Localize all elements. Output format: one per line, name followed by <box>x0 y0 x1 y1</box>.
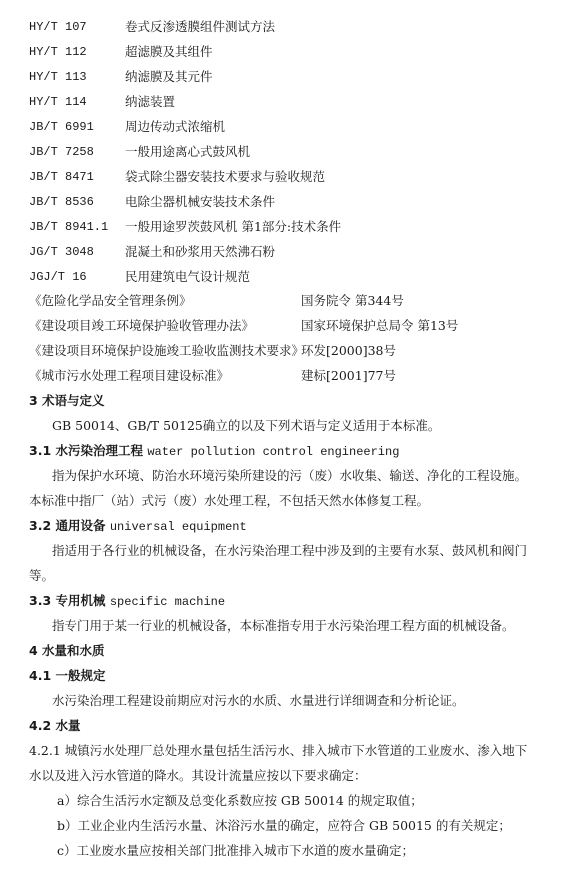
standard-title: 纳滤膜及其元件 <box>125 69 213 85</box>
regulation-title: 《建设项目环境保护设施竣工验收监测技术要求》 <box>29 343 304 359</box>
standard-code: HY/T 114 <box>29 94 87 110</box>
paragraph: 指适用于各行业的机械设备，在水污染治理工程中涉及到的主要有水泵、鼓风机和阀门 <box>52 543 527 559</box>
standard-title: 周边传动式浓缩机 <box>125 119 225 135</box>
standard-title: 超滤膜及其组件 <box>125 44 213 60</box>
section-heading: 4 水量和水质 <box>29 643 105 659</box>
paragraph: GB 50014、GB/T 50125确立的以及下列术语与定义适用于本标准。 <box>52 418 440 434</box>
paragraph: 指为保护水环境、防治水环境污染所建设的污（废）水收集、输送、净化的工程设施。 <box>52 468 527 484</box>
standard-title: 混凝土和砂浆用天然沸石粉 <box>125 244 275 260</box>
standard-code: JB/T 8941.1 <box>29 219 108 235</box>
subsection-heading: 3.3 专用机械 specific machine <box>29 593 225 610</box>
regulation-number: 建标[2001]77号 <box>301 368 396 384</box>
regulation-title: 《建设项目竣工环境保护验收管理办法》 <box>29 318 254 334</box>
subsection-title: 3.1 水污染治理工程 <box>29 443 143 458</box>
regulation-number: 国家环境保护总局令 第13号 <box>301 318 458 334</box>
subsection-heading: 4.1 一般规定 <box>29 668 106 684</box>
section-heading: 3 术语与定义 <box>29 393 105 409</box>
subsection-title-en: water pollution control engineering <box>147 445 399 459</box>
standard-code: JB/T 8471 <box>29 169 94 185</box>
subsection-title-en: specific machine <box>110 595 225 609</box>
standard-code: JB/T 7258 <box>29 144 94 160</box>
subsection-heading: 4.2 水量 <box>29 718 81 734</box>
regulation-title: 《城市污水处理工程项目建设标准》 <box>29 368 229 384</box>
subsection-title-en: universal equipment <box>110 520 247 534</box>
standard-code: HY/T 112 <box>29 44 87 60</box>
list-item: c）工业废水量应按相关部门批准排入城市下水道的废水量确定； <box>57 843 414 859</box>
subsection-title: 3.2 通用设备 <box>29 518 106 533</box>
standard-title: 卷式反渗透膜组件测试方法 <box>125 19 275 35</box>
subsection-heading: 3.2 通用设备 universal equipment <box>29 518 247 535</box>
standard-code: HY/T 107 <box>29 19 87 35</box>
paragraph: 等。 <box>29 568 54 584</box>
standard-code: JB/T 8536 <box>29 194 94 210</box>
list-item: b）工业企业内生活污水量、沐浴污水量的确定，应符合 GB 50015 的有关规定… <box>57 818 511 834</box>
standard-code: JB/T 6991 <box>29 119 94 135</box>
standard-code: JG/T 3048 <box>29 244 94 260</box>
regulation-number: 环发[2000]38号 <box>301 343 396 359</box>
standard-title: 一般用途罗茨鼓风机 第1部分:技术条件 <box>125 219 341 235</box>
standard-code: JGJ/T 16 <box>29 269 87 285</box>
standard-title: 一般用途离心式鼓风机 <box>125 144 250 160</box>
standard-title: 纳滤装置 <box>125 94 175 110</box>
regulation-title: 《危险化学品安全管理条例》 <box>29 293 192 309</box>
standard-title: 电除尘器机械安装技术条件 <box>125 194 275 210</box>
paragraph: 指专门用于某一行业的机械设备，本标准指专用于水污染治理工程方面的机械设备。 <box>52 618 515 634</box>
subsection-title: 3.3 专用机械 <box>29 593 106 608</box>
regulation-number: 国务院令 第344号 <box>301 293 404 309</box>
paragraph: 本标准中指厂（站）式污（废）水处理工程，不包括天然水体修复工程。 <box>29 493 429 509</box>
paragraph: 水污染治理工程建设前期应对污水的水质、水量进行详细调查和分析论证。 <box>52 693 465 709</box>
paragraph: 4.2.1 城镇污水处理厂总处理水量包括生活污水、排入城市下水管道的工业废水、渗… <box>29 743 527 759</box>
standard-title: 袋式除尘器安装技术要求与验收规范 <box>125 169 325 185</box>
paragraph: 水以及进入污水管道的降水。其设计流量应按以下要求确定： <box>29 768 367 784</box>
list-item: a）综合生活污水定额及总变化系数应按 GB 50014 的规定取值； <box>57 793 423 809</box>
standard-code: HY/T 113 <box>29 69 87 85</box>
subsection-heading: 3.1 水污染治理工程 water pollution control engi… <box>29 443 399 460</box>
standard-title: 民用建筑电气设计规范 <box>125 269 250 285</box>
